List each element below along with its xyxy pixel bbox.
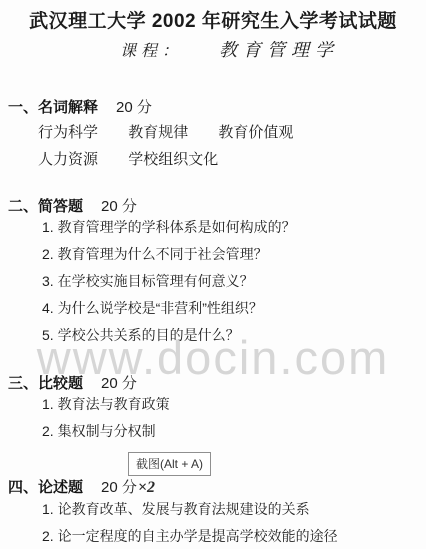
- course-label: 课程：: [120, 43, 183, 60]
- section-2-heading: 二、简答题20 分: [8, 195, 137, 216]
- section-3-points: 20 分: [101, 375, 137, 392]
- question-item: 2. 集权制与分权制: [42, 418, 170, 445]
- course-name: 教育管理学: [219, 40, 339, 60]
- section-2-items: 1. 教育管理学的学科体系是如何构成的？ 2. 教育管理为什么不同于社会管理？ …: [42, 214, 296, 349]
- section-4-points-note: ×2: [138, 479, 155, 496]
- question-item: 1. 教育管理学的学科体系是如何构成的？: [42, 214, 296, 241]
- screenshot-tooltip: 截图(Alt + A): [128, 452, 211, 476]
- course-line: 课程：教育管理学: [120, 36, 339, 62]
- question-item: 3. 在学校实施目标管理有何意义？: [42, 268, 296, 295]
- question-item: 1. 教育法与教育政策: [42, 391, 170, 418]
- section-4-title: 四、论述题: [8, 479, 83, 496]
- term: 教育规律: [128, 121, 188, 142]
- section-1-title: 一、名词解释: [8, 99, 98, 116]
- page-title: 武汉理工大学 2002 年研究生入学考试试题: [0, 6, 426, 33]
- term: 学校组织文化: [128, 148, 218, 169]
- exam-paper-page: 武汉理工大学 2002 年研究生入学考试试题 课程：教育管理学 一、名词解释20…: [0, 0, 426, 549]
- section-1-points: 20 分: [116, 99, 152, 116]
- section-1-heading: 一、名词解释20 分: [8, 96, 152, 117]
- section-4-heading: 四、论述题20 分×2: [8, 476, 155, 497]
- section-4-items: 1. 论教育改革、发展与教育法规建设的关系 2. 论一定程度的自主办学是提高学校…: [42, 496, 338, 549]
- question-item: 1. 论教育改革、发展与教育法规建设的关系: [42, 496, 338, 523]
- question-item: 2. 教育管理为什么不同于社会管理？: [42, 241, 296, 268]
- section-1-terms-row-2: 人力资源 学校组织文化: [38, 148, 244, 169]
- question-item: 5. 学校公共关系的目的是什么？: [42, 322, 296, 349]
- section-3-heading: 三、比较题20 分: [8, 372, 137, 393]
- section-2-points: 20 分: [101, 198, 137, 215]
- term: 人力资源: [38, 148, 98, 169]
- section-2-title: 二、简答题: [8, 198, 83, 215]
- section-3-items: 1. 教育法与教育政策 2. 集权制与分权制: [42, 391, 170, 445]
- section-4-points: 20 分: [101, 479, 137, 496]
- section-3-title: 三、比较题: [8, 375, 83, 392]
- term: 行为科学: [38, 121, 98, 142]
- section-1-terms-row-1: 行为科学 教育规律 教育价值观: [38, 121, 319, 142]
- term: 教育价值观: [218, 121, 293, 142]
- question-item: 4. 为什么说学校是“非营利”性组织？: [42, 295, 296, 322]
- question-item: 2. 论一定程度的自主办学是提高学校效能的途径: [42, 523, 338, 549]
